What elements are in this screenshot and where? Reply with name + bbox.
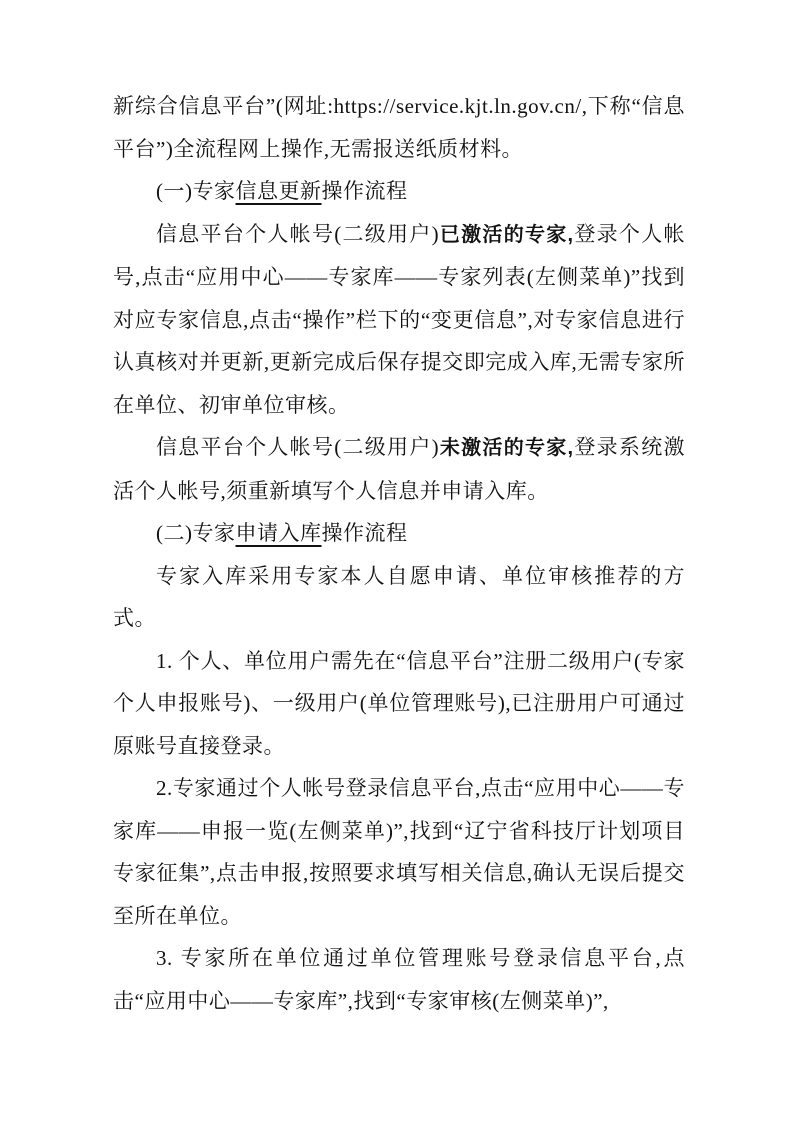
- paragraph-step-1: 1. 个人、单位用户需先在“信息平台”注册二级用户(专家个人申报账号)、一级用户…: [113, 640, 685, 768]
- paragraph-activated-expert: 信息平台个人帐号(二级用户)已激活的专家,登录个人帐号,点击“应用中心——专家库…: [113, 213, 685, 427]
- text-segment: 1. 个人、单位用户需先在“信息平台”注册二级用户(专家个人申报账号)、一级用户…: [113, 649, 685, 758]
- heading-section-2: (二)专家申请入库操作流程: [113, 512, 685, 555]
- text-segment: 新综合信息平台”(网址:https://service.kjt.ln.gov.c…: [113, 94, 685, 161]
- text-segment: 信息更新: [236, 179, 322, 203]
- text-segment: 操作流程: [322, 179, 408, 203]
- document-content: 新综合信息平台”(网址:https://service.kjt.ln.gov.c…: [113, 85, 685, 1022]
- paragraph-step-3: 3. 专家所在单位通过单位管理账号登录信息平台,点击“应用中心——专家库”,找到…: [113, 937, 685, 1022]
- text-segment: 2.专家通过个人帐号登录信息平台,点击“应用中心——专家库——申报一览(左侧菜单…: [113, 776, 685, 928]
- text-segment: 操作流程: [322, 521, 408, 545]
- text-segment: 未激活的专家,: [439, 437, 574, 459]
- text-segment: 申请入库: [236, 521, 322, 545]
- text-segment: 信息平台个人帐号(二级用户): [156, 435, 439, 459]
- text-segment: 已激活的专家,: [439, 224, 574, 246]
- heading-section-1: (一)专家信息更新操作流程: [113, 170, 685, 213]
- text-segment: 专家入库采用专家本人自愿申请、单位审核推荐的方式。: [113, 564, 685, 631]
- paragraph-step-2: 2.专家通过个人帐号登录信息平台,点击“应用中心——专家库——申报一览(左侧菜单…: [113, 767, 685, 937]
- text-segment: (一)专家: [156, 179, 236, 203]
- text-segment: (二)专家: [156, 521, 236, 545]
- paragraph-inactive-expert: 信息平台个人帐号(二级用户)未激活的专家,登录系统激活个人帐号,须重新填写个人信…: [113, 426, 685, 512]
- text-segment: 信息平台个人帐号(二级用户): [156, 222, 439, 246]
- text-segment: 3. 专家所在单位通过单位管理账号登录信息平台,点击“应用中心——专家库”,找到…: [113, 946, 685, 1013]
- text-segment: 登录个人帐号,点击“应用中心——专家库——专家列表(左侧菜单)”找到对应专家信息…: [113, 222, 685, 417]
- paragraph-platform-intro-continued: 新综合信息平台”(网址:https://service.kjt.ln.gov.c…: [113, 85, 685, 170]
- paragraph-application-method: 专家入库采用专家本人自愿申请、单位审核推荐的方式。: [113, 555, 685, 640]
- document-page: 新综合信息平台”(网址:https://service.kjt.ln.gov.c…: [0, 0, 793, 1122]
